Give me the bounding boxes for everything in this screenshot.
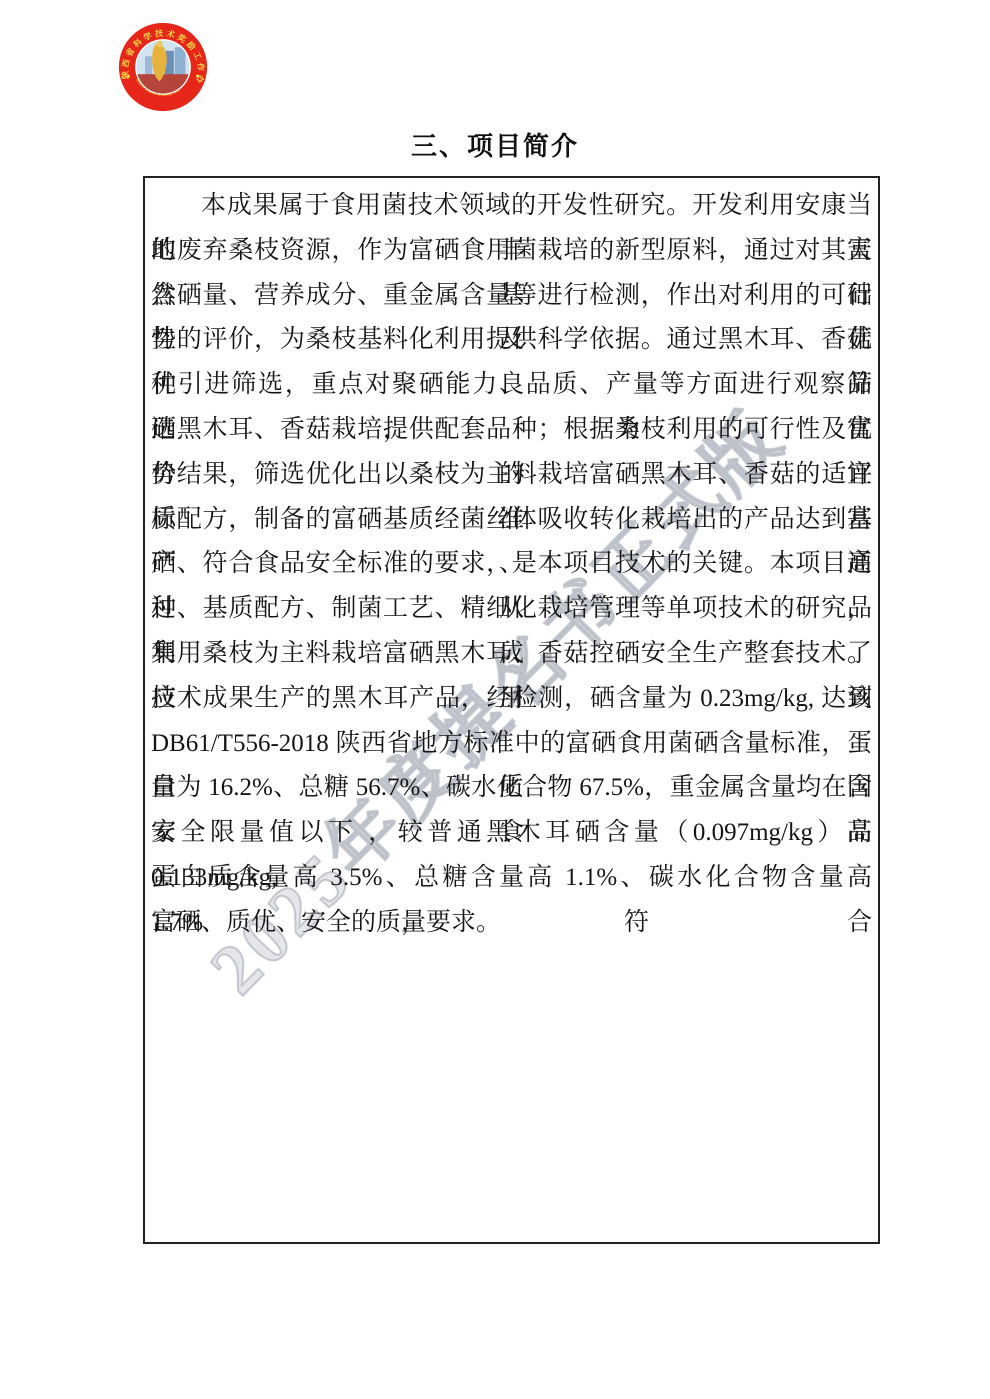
- paragraph-line: 本成果属于食用菌技术领域的开发性研究。开发利用安康当地丰富: [151, 184, 872, 229]
- paragraph-line: 量为 16.2%、总糖 56.7%、碳水化合物 67.5%，重金属含量均在国家食…: [151, 766, 872, 811]
- paragraph-line: 价结果，筛选优化出以桑枝为主料栽培富硒黑木耳、香菇的适宜标准基: [151, 453, 872, 498]
- org-seal-logo: 陕西省科学技术奖励工作办公室 Office Of Science & Techn…: [118, 22, 208, 112]
- paragraph-line: 技术成果生产的黑木耳产品，经检测，硒含量为 0.23mg/kg, 达到: [151, 677, 872, 722]
- paragraph-line: 硒黑木耳、香菇栽培提供配套品种；根据桑枝利用的可行性及优势的评: [151, 408, 872, 453]
- seal-icon: 陕西省科学技术奖励工作办公室 Office Of Science & Techn…: [118, 22, 208, 112]
- paragraph-line: 质配方，制备的富硒基质经菌丝体吸收转化栽培出的产品达到富硒、高: [151, 498, 872, 543]
- project-summary-box: 本成果属于食用菌技术领域的开发性研究。开发利用安康当地丰富 的废弃桑枝资源，作为…: [143, 176, 880, 1244]
- paragraph-line: 利用桑枝为主料栽培富硒黑木耳、香菇控硒安全生产整套技术。应用该: [151, 632, 872, 677]
- paragraph-line: DB61/T556-2018 陕西省地方标准中的富硒食用菌硒含量标准，蛋白质含: [151, 722, 872, 767]
- paragraph-line: 种、基质配方、制菌工艺、精细化栽培管理等单项技术的研究，集成了: [151, 587, 872, 632]
- seal-left-star: [127, 74, 130, 77]
- paragraph-line: 的废弃桑枝资源，作为富硒食用菌栽培的新型原料，通过对其天然基础: [151, 229, 872, 274]
- paragraph-line: 产、符合食品安全标准的要求，是本项目技术的关键。本项目通过从品: [151, 542, 872, 587]
- paragraph-line: 安全限量值以下 ，较普通黑木耳硒含量（0.097mg/kg）高 0.133mg/…: [151, 811, 872, 856]
- section-title: 三、项目简介: [0, 126, 990, 163]
- seal-right-star: [196, 74, 199, 77]
- paragraph-line: 含硒量、营养成分、重金属含量等进行检测，作出对利用的可行性及优: [151, 274, 872, 319]
- paragraph-line: 势的评价，为桑枝基料化利用提供科学依据。通过黑木耳、香菇优良品: [151, 318, 872, 363]
- paragraph-line: 蛋白质含量高 3.5%、总糖含量高 1.1%、碳水化合物含量高 1.7%，符合: [151, 856, 872, 901]
- paragraph-line: 种引进筛选，重点对聚硒能力、品质、产量等方面进行观察筛选，为富: [151, 363, 872, 408]
